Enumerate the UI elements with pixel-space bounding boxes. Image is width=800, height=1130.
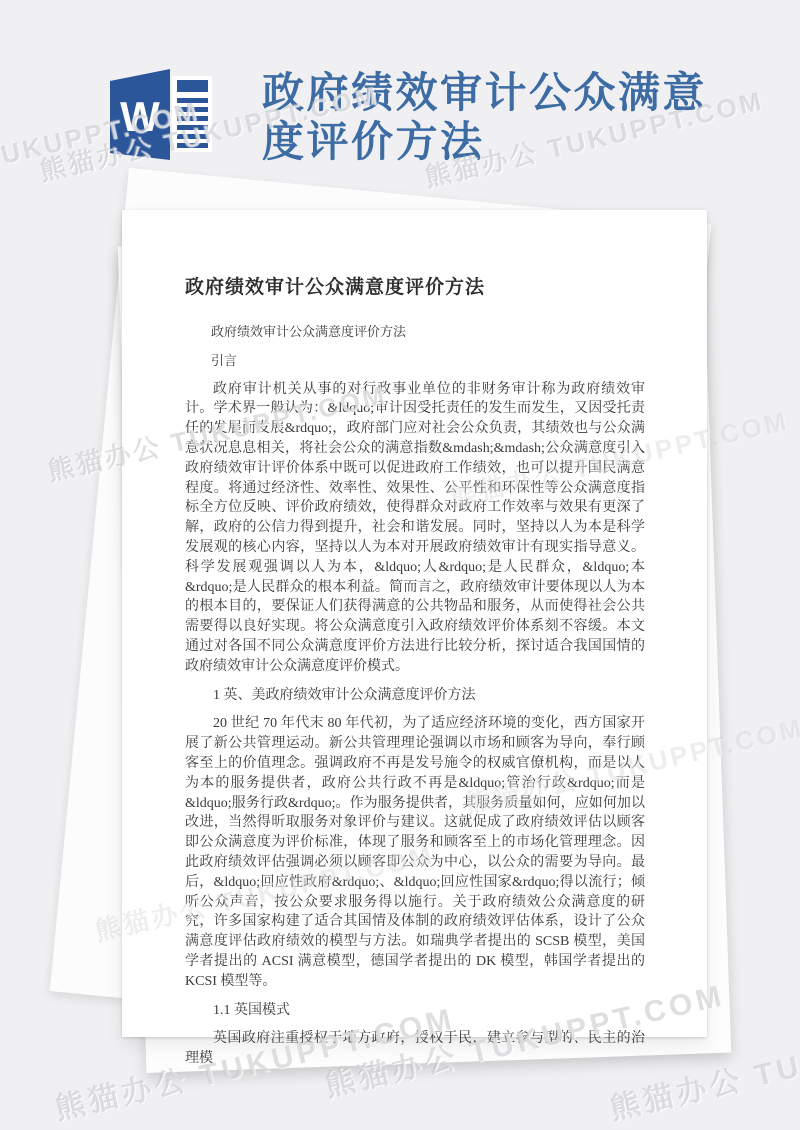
section-1-paragraph: 20 世纪 70 年代末 80 年代初，为了适应经济环境的变化，西方国家开展了新… xyxy=(185,714,645,991)
header: W 政府绩效审计公众满意度评价方法 xyxy=(110,68,718,168)
page-title: 政府绩效审计公众满意度评价方法 xyxy=(262,70,718,168)
document-title: 政府绩效审计公众满意度评价方法 xyxy=(185,274,645,302)
page-background: W 政府绩效审计公众满意度评价方法 政府绩效审计公众满意度评价方法 政府绩效审计… xyxy=(0,0,800,1130)
word-icon-letter: W xyxy=(120,93,160,140)
section-1-1-paragraph: 英国政府注重授权于地方政府，授权于民，建立参与型的、民主的治理模 xyxy=(185,1029,645,1069)
word-file-icon: W xyxy=(110,68,212,163)
intro-paragraph: 政府审计机关从事的对行政事业单位的非财务审计称为政府绩效审计。学术界一般认为：&… xyxy=(185,380,645,677)
document-subtitle: 政府绩效审计公众满意度评价方法 xyxy=(185,322,645,342)
document-content: 政府绩效审计公众满意度评价方法 政府绩效审计公众满意度评价方法 引言 政府审计机… xyxy=(122,210,707,1069)
section-1-heading: 1 英、美政府绩效审计公众满意度评价方法 xyxy=(185,686,645,706)
intro-heading: 引言 xyxy=(185,351,645,371)
document-page: 政府绩效审计公众满意度评价方法 政府绩效审计公众满意度评价方法 引言 政府审计机… xyxy=(122,210,707,1037)
section-1-1-heading: 1.1 英国模式 xyxy=(185,1001,645,1021)
